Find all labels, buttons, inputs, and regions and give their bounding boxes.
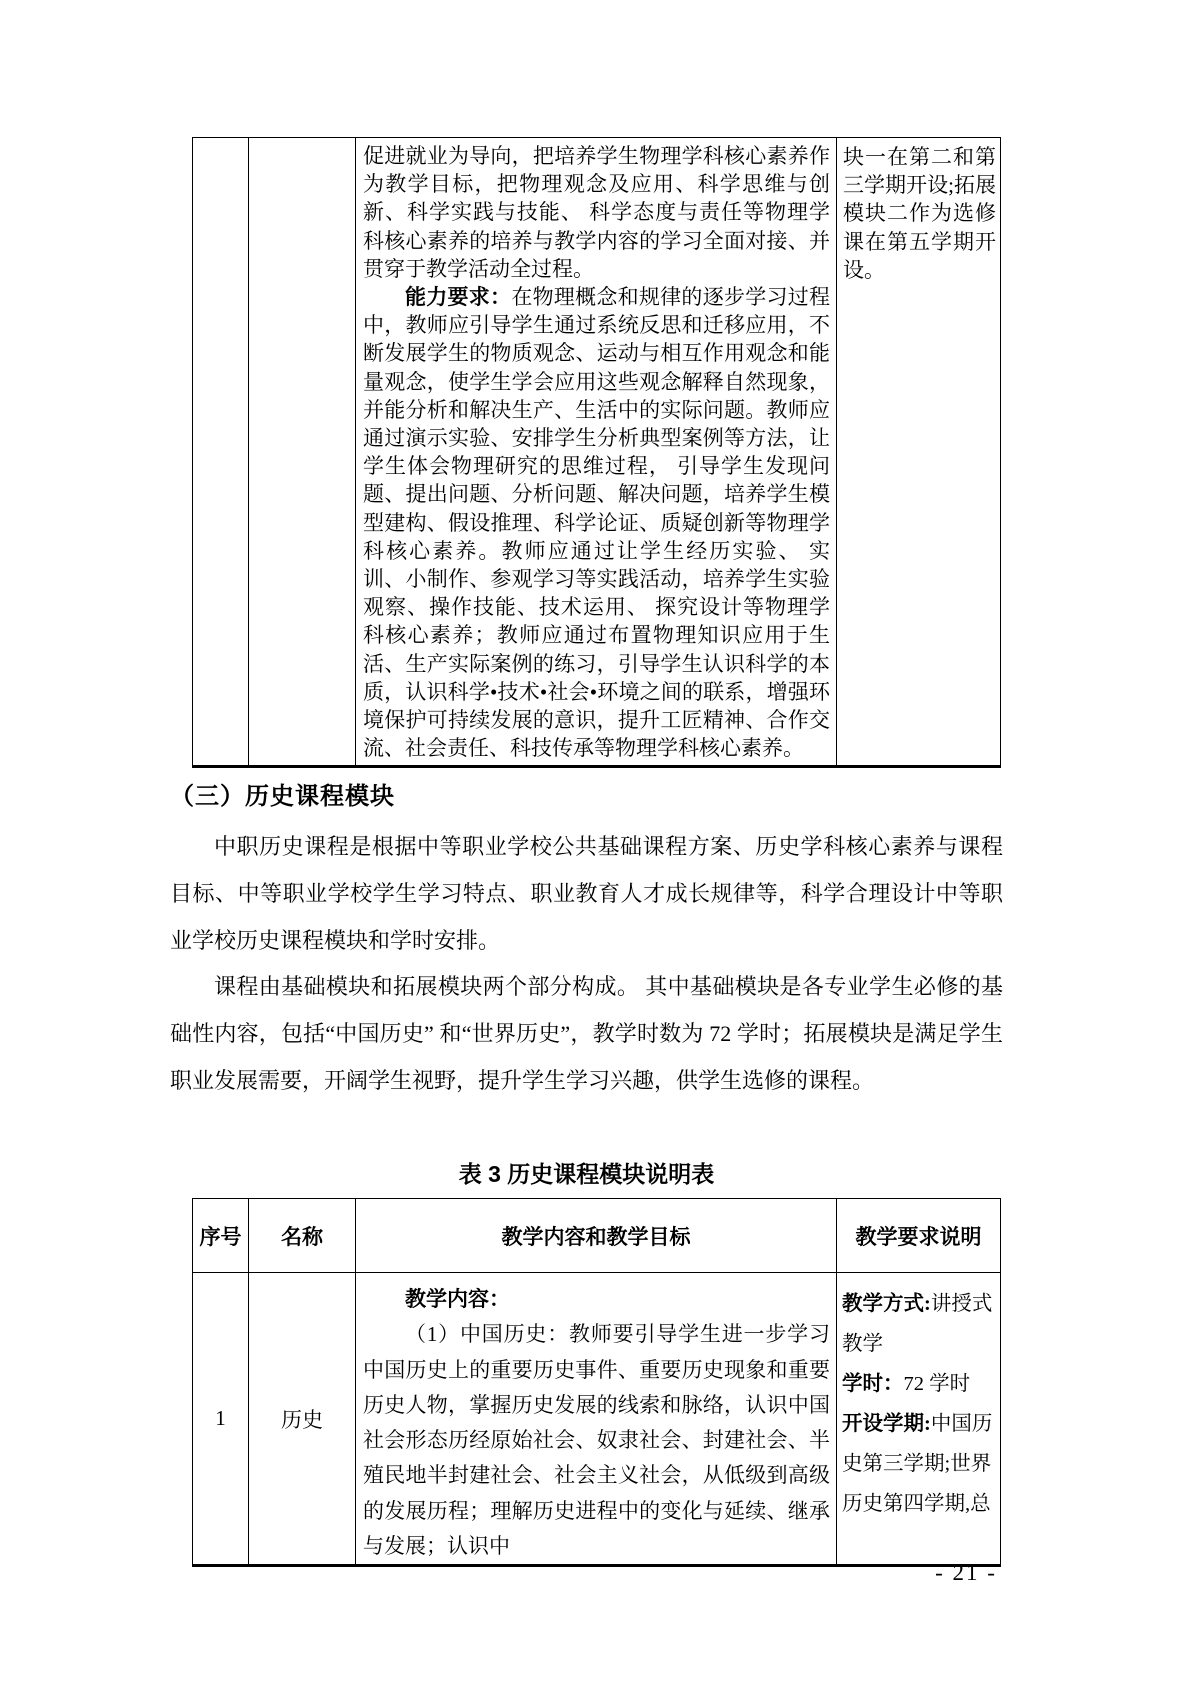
physics-requirement-cell: 块一在第二和第三学期开设;拓展模块二作为选修课在第五学期开设。 bbox=[837, 138, 1001, 767]
col-header-requirement: 教学要求说明 bbox=[837, 1199, 1001, 1273]
physics-ability-paragraph: 能力要求：在物理概念和规律的逐步学习过程中，教师应引导学生通过系统反思和迁移应用… bbox=[363, 283, 830, 762]
history-content-cell: 教学内容： （1）中国历史：教师要引导学生进一步学习中国历史上的重要历史事件、重… bbox=[356, 1273, 837, 1566]
document-page: 促进就业为导向，把培养学生物理学科核心素养作为教学目标，把物理观念及应用、科学思… bbox=[0, 0, 1191, 1684]
history-row-name: 历史 bbox=[249, 1273, 356, 1566]
teaching-content-text: （1）中国历史：教师要引导学生进一步学习中国历史上的重要历史事件、重要历史现象和… bbox=[363, 1317, 830, 1564]
section-paragraphs: 中职历史课程是根据中等职业学校公共基础课程方案、历史学科核心素养与课程目标、中等… bbox=[170, 824, 1003, 1105]
physics-module-table: 促进就业为导向，把培养学生物理学科核心素养作为教学目标，把物理观念及应用、科学思… bbox=[192, 137, 1001, 768]
ability-requirements-label: 能力要求： bbox=[405, 285, 511, 309]
req-hours: 学时：72 学时 bbox=[842, 1364, 998, 1404]
req-teaching-method: 教学方式:讲授式教学 bbox=[842, 1284, 998, 1364]
physics-content-paragraph: 促进就业为导向，把培养学生物理学科核心素养作为教学目标，把物理观念及应用、科学思… bbox=[363, 142, 830, 283]
req-semesters: 开设学期:中国历史第三学期;世界历史第四学期,总 bbox=[842, 1404, 998, 1524]
table-row: 1 历史 教学内容： （1）中国历史：教师要引导学生进一步学习中国历史上的重要历… bbox=[193, 1273, 1001, 1566]
paragraph-intro: 中职历史课程是根据中等职业学校公共基础课程方案、历史学科核心素养与课程目标、中等… bbox=[170, 824, 1003, 964]
history-requirement-cell: 教学方式:讲授式教学 学时：72 学时 开设学期:中国历史第三学期;世界历史第四… bbox=[837, 1273, 1001, 1566]
ability-requirements-text: 在物理概念和规律的逐步学习过程中，教师应引导学生通过系统反思和迁移应用，不断发展… bbox=[363, 285, 830, 760]
physics-seq-cell-empty bbox=[193, 138, 249, 767]
table-row: 促进就业为导向，把培养学生物理学科核心素养作为教学目标，把物理观念及应用、科学思… bbox=[193, 138, 1001, 767]
paragraph-modules: 课程由基础模块和拓展模块两个部分构成。 其中基础模块是各专业学生必修的基础性内容… bbox=[170, 964, 1003, 1104]
page-number: - 21 - bbox=[886, 1560, 1046, 1586]
teaching-content-label: 教学内容： bbox=[363, 1282, 830, 1317]
history-module-table: 序号 名称 教学内容和教学目标 教学要求说明 1 历史 教学内容： （1）中国历… bbox=[192, 1198, 1001, 1567]
col-header-seq: 序号 bbox=[193, 1199, 249, 1273]
col-header-content: 教学内容和教学目标 bbox=[356, 1199, 837, 1273]
header-row: 序号 名称 教学内容和教学目标 教学要求说明 bbox=[193, 1199, 1001, 1273]
section-heading: （三）历史课程模块 bbox=[170, 776, 395, 811]
col-header-name: 名称 bbox=[249, 1199, 356, 1273]
table-title: 表 3 历史课程模块说明表 bbox=[170, 1156, 1003, 1189]
physics-content-cell: 促进就业为导向，把培养学生物理学科核心素养作为教学目标，把物理观念及应用、科学思… bbox=[356, 138, 837, 767]
physics-name-cell-empty bbox=[249, 138, 356, 767]
history-row-seq: 1 bbox=[193, 1273, 249, 1566]
